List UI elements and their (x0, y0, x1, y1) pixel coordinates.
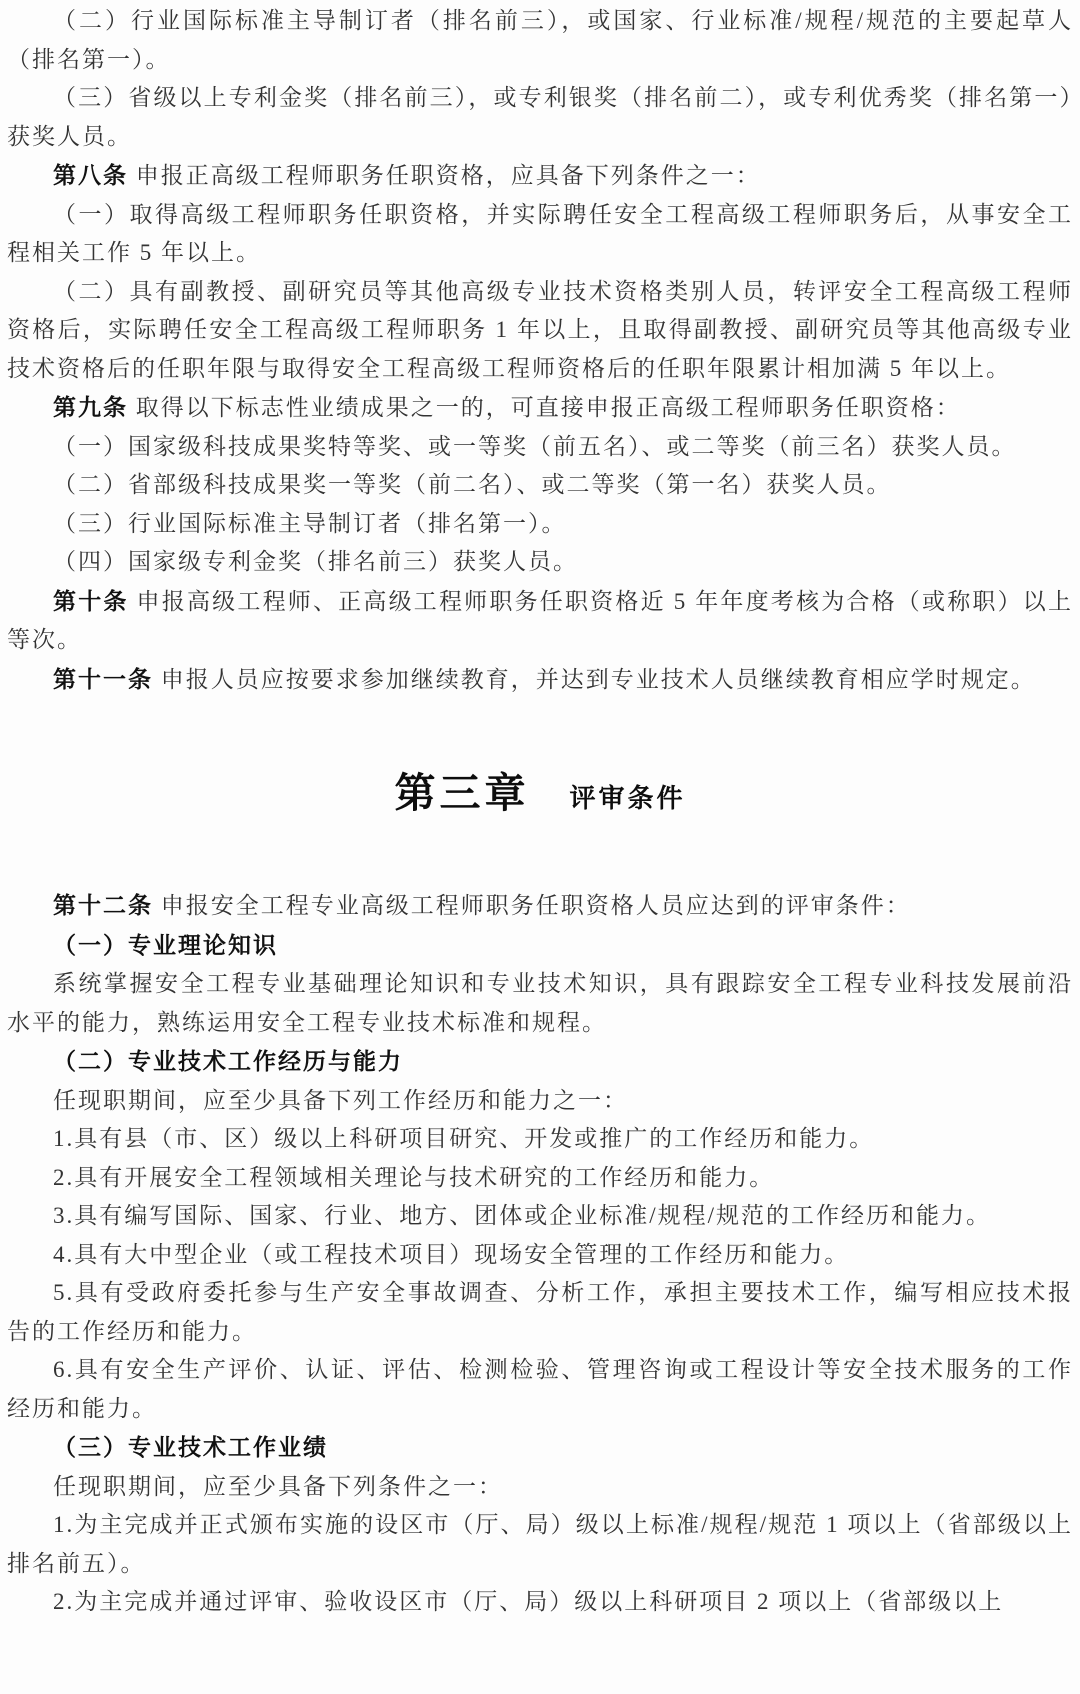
paragraph-text: 申报安全工程专业高级工程师职务任职资格人员应达到的评审条件： (153, 893, 911, 918)
paragraph: 第九条 取得以下标志性业绩成果之一的，可直接申报正高级工程师职务任职资格： (7, 388, 1073, 428)
section-subheading: （二）专业技术工作经历与能力 (7, 1042, 1073, 1082)
paragraph-text: （二）专业技术工作经历与能力 (53, 1048, 403, 1074)
article-number-label: 第十条 (53, 588, 129, 614)
paragraph: 5.具有受政府委托参与生产安全事故调查、分析工作，承担主要技术工作，编写相应技术… (7, 1274, 1073, 1351)
paragraph-text: 1.具有县（市、区）级以上科研项目研究、开发或推广的工作经历和能力。 (53, 1126, 874, 1151)
paragraph: （三）省级以上专利金奖（排名前三），或专利银奖（排名前二），或专利优秀奖（排名第… (7, 79, 1073, 156)
paragraph-text: 任现职期间，应至少具备下列工作经历和能力之一： (53, 1088, 628, 1113)
paragraph-text: （一）国家级科技成果奖特等奖、或一等奖（前五名）、或二等奖（前三名）获奖人员。 (53, 434, 1017, 459)
paragraph-text: （四）国家级专利金奖（排名前三）获奖人员。 (53, 549, 578, 574)
paragraph-text: 5.具有受政府委托参与生产安全事故调查、分析工作，承担主要技术工作，编写相应技术… (7, 1280, 1073, 1344)
paragraph-text: （一）专业理论知识 (53, 932, 278, 958)
paragraph: （一）取得高级工程师职务任职资格，并实际聘任安全工程高级工程师职务后，从事安全工… (7, 196, 1073, 273)
paragraph-text: （二）省部级科技成果奖一等奖（前二名）、或二等奖（第一名）获奖人员。 (53, 472, 892, 497)
paragraph-text: 申报人员应按要求参加继续教育，并达到专业技术人员继续教育相应学时规定。 (153, 667, 1036, 692)
paragraph: （三）行业国际标准主导制订者（排名第一）。 (7, 505, 1073, 544)
paragraph: 2.具有开展安全工程领域相关理论与技术研究的工作经历和能力。 (7, 1159, 1073, 1198)
paragraph: 任现职期间，应至少具备下列工作经历和能力之一： (7, 1082, 1073, 1121)
paragraph-text: （二）行业国际标准主导制订者（排名前三），或国家、行业标准/规程/规范的主要起草… (7, 8, 1073, 72)
paragraph: （二）行业国际标准主导制订者（排名前三），或国家、行业标准/规程/规范的主要起草… (7, 2, 1073, 79)
paragraph-text: 3.具有编写国际、国家、行业、地方、团体或企业标准/规程/规范的工作经历和能力。 (53, 1203, 991, 1228)
paragraph-text: 2.为主完成并通过评审、验收设区市（厅、局）级以上科研项目 2 项以上（省部级以… (53, 1589, 1003, 1614)
article-number-label: 第九条 (53, 394, 128, 420)
paragraph-text: 6.具有安全生产评价、认证、评估、检测检验、管理咨询或工程设计等安全技术服务的工… (7, 1357, 1073, 1421)
paragraph: 2.为主完成并通过评审、验收设区市（厅、局）级以上科研项目 2 项以上（省部级以… (7, 1583, 1073, 1622)
paragraph: 系统掌握安全工程专业基础理论知识和专业技术知识，具有跟踪安全工程专业科技发展前沿… (7, 965, 1073, 1042)
section-subheading: （三）专业技术工作业绩 (7, 1428, 1073, 1468)
paragraph-text: 申报正高级工程师职务任职资格，应具备下列条件之一： (128, 163, 761, 188)
paragraph: 1.为主完成并正式颁布实施的设区市（厅、局）级以上标准/规程/规范 1 项以上（… (7, 1506, 1073, 1583)
paragraph-text: （三）专业技术工作业绩 (53, 1434, 328, 1460)
section-subheading: （一）专业理论知识 (7, 926, 1073, 966)
document-page: （二）行业国际标准主导制订者（排名前三），或国家、行业标准/规程/规范的主要起草… (0, 0, 1080, 1694)
article-number-label: 第十一条 (53, 666, 153, 692)
paragraph: 4.具有大中型企业（或工程技术项目）现场安全管理的工作经历和能力。 (7, 1236, 1073, 1275)
paragraph: （二）省部级科技成果奖一等奖（前二名）、或二等奖（第一名）获奖人员。 (7, 466, 1073, 505)
paragraph-text: 取得以下标志性业绩成果之一的，可直接申报正高级工程师职务任职资格： (128, 395, 961, 420)
paragraph-text: （三）行业国际标准主导制订者（排名第一）。 (53, 511, 567, 536)
paragraph: （四）国家级专利金奖（排名前三）获奖人员。 (7, 543, 1073, 582)
paragraph: （二）具有副教授、副研究员等其他高级专业技术资格类别人员，转评安全工程高级工程师… (7, 273, 1073, 389)
chapter-heading: 第三章评审条件 (7, 765, 1073, 828)
chapter-title-text: 评审条件 (569, 783, 685, 813)
paragraph: 第十二条 申报安全工程专业高级工程师职务任职资格人员应达到的评审条件： (7, 886, 1073, 926)
chapter-number: 第三章 (394, 770, 529, 816)
paragraph: 第十条 申报高级工程师、正高级工程师职务任职资格近 5 年年度考核为合格（或称职… (7, 582, 1073, 660)
paragraph-text: （三）省级以上专利金奖（排名前三），或专利银奖（排名前二），或专利优秀奖（排名第… (7, 85, 1073, 149)
paragraph: 1.具有县（市、区）级以上科研项目研究、开发或推广的工作经历和能力。 (7, 1120, 1073, 1159)
paragraph-text: （一）取得高级工程师职务任职资格，并实际聘任安全工程高级工程师职务后，从事安全工… (7, 202, 1073, 266)
paragraph-text: （二）具有副教授、副研究员等其他高级专业技术资格类别人员，转评安全工程高级工程师… (7, 279, 1073, 381)
paragraph: 3.具有编写国际、国家、行业、地方、团体或企业标准/规程/规范的工作经历和能力。 (7, 1197, 1073, 1236)
document-body: （二）行业国际标准主导制订者（排名前三），或国家、行业标准/规程/规范的主要起草… (7, 2, 1073, 1622)
paragraph: 6.具有安全生产评价、认证、评估、检测检验、管理咨询或工程设计等安全技术服务的工… (7, 1351, 1073, 1428)
paragraph-text: 1.为主完成并正式颁布实施的设区市（厅、局）级以上标准/规程/规范 1 项以上（… (7, 1512, 1073, 1576)
paragraph-text: 任现职期间，应至少具备下列条件之一： (53, 1474, 503, 1499)
paragraph-text: 系统掌握安全工程专业基础理论知识和专业技术知识，具有跟踪安全工程专业科技发展前沿… (7, 971, 1073, 1035)
paragraph-text: 申报高级工程师、正高级工程师职务任职资格近 5 年年度考核为合格（或称职）以上等… (7, 589, 1073, 653)
article-number-label: 第十二条 (53, 892, 153, 918)
paragraph: 第十一条 申报人员应按要求参加继续教育，并达到专业技术人员继续教育相应学时规定。 (7, 660, 1073, 700)
paragraph-text: 4.具有大中型企业（或工程技术项目）现场安全管理的工作经历和能力。 (53, 1242, 849, 1267)
paragraph: 任现职期间，应至少具备下列条件之一： (7, 1468, 1073, 1507)
paragraph: 第八条 申报正高级工程师职务任职资格，应具备下列条件之一： (7, 156, 1073, 196)
paragraph-text: 2.具有开展安全工程领域相关理论与技术研究的工作经历和能力。 (53, 1165, 774, 1190)
paragraph: （一）国家级科技成果奖特等奖、或一等奖（前五名）、或二等奖（前三名）获奖人员。 (7, 428, 1073, 467)
article-number-label: 第八条 (53, 162, 128, 188)
